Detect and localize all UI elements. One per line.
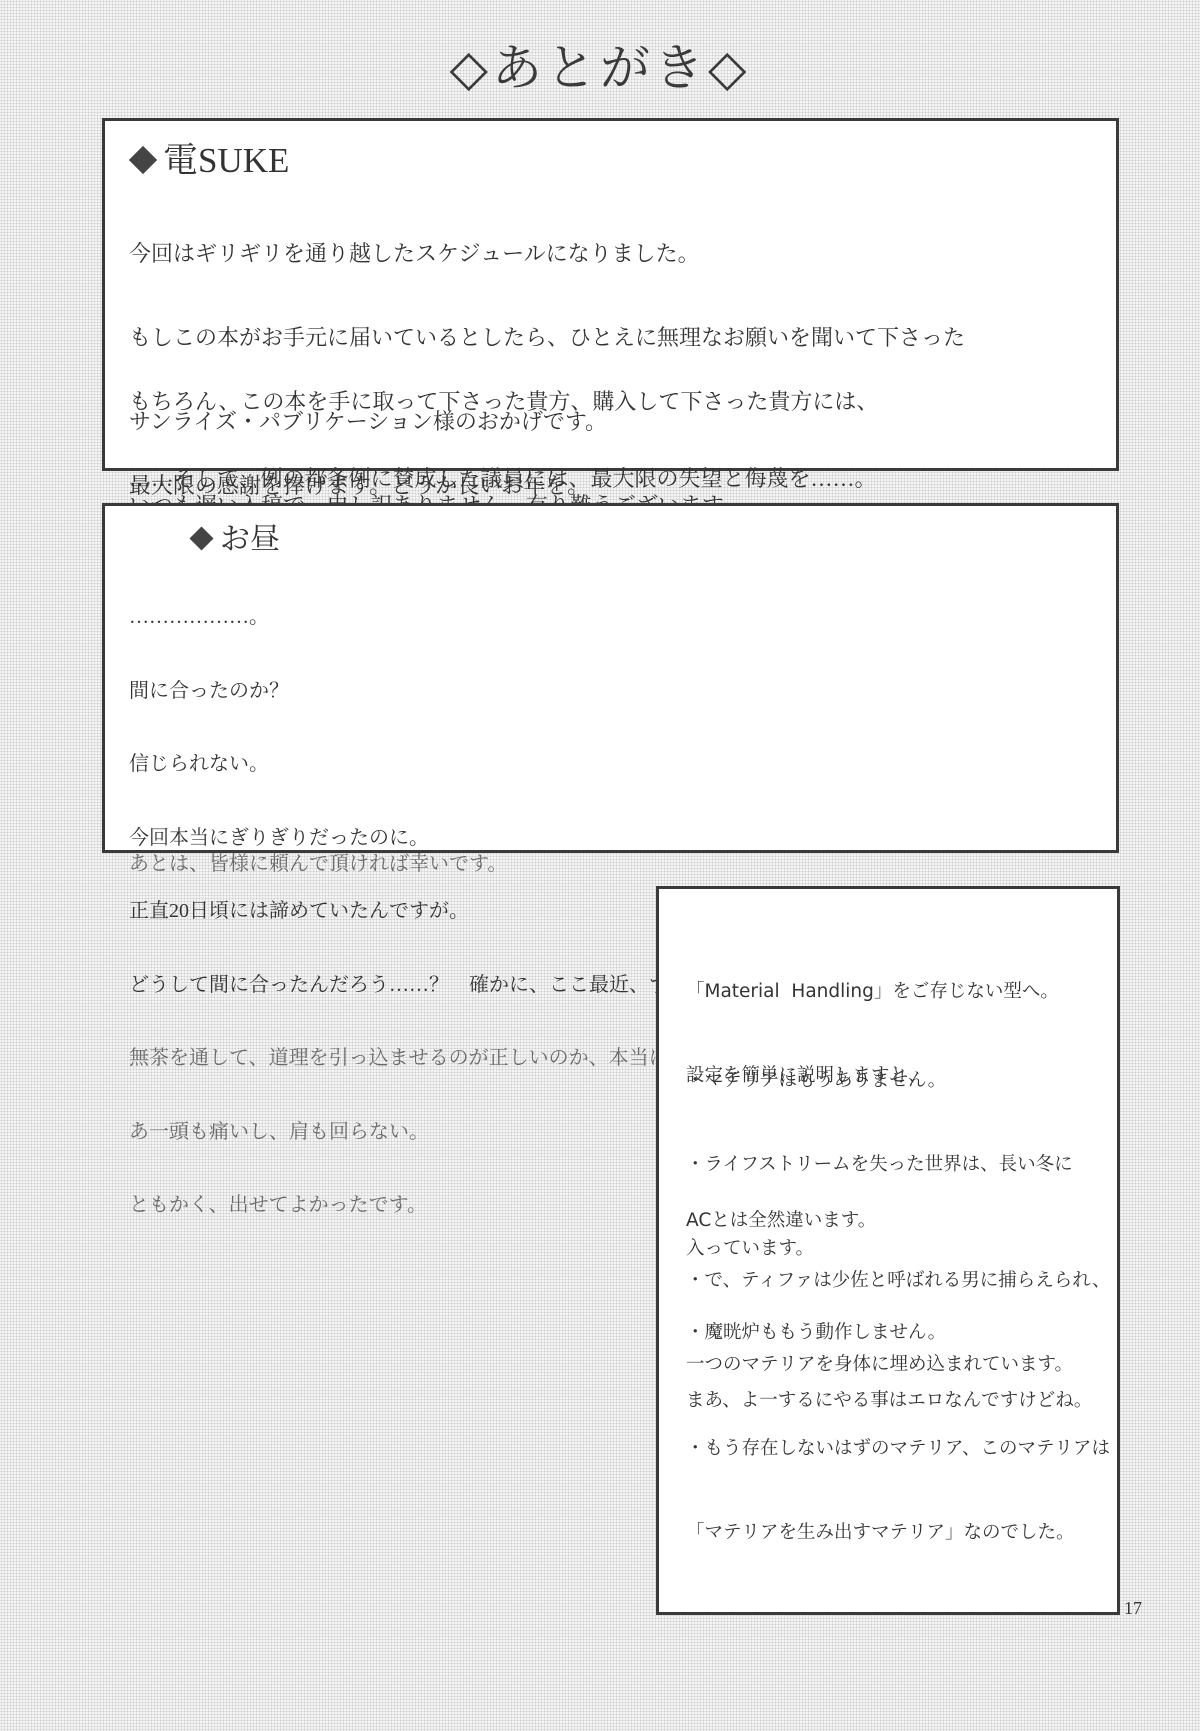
text-line: 今回はギリギリを通り越したスケジュールになりました。 (129, 240, 965, 268)
diamond-bullet-icon (129, 146, 157, 174)
text-line: ……そして、例の都条例に賛成した議員には、最大限の失望と侮蔑を……。 (129, 465, 877, 493)
paragraph: まあ、よ一するにやる事はエロなんですけどね。 (686, 1331, 1092, 1471)
section-heading: お昼 (193, 514, 280, 558)
paragraph: あとは、皆様に頼んで頂ければ幸いです。 (129, 803, 507, 926)
text-line: まあ、よ一するにやる事はエロなんですけどね。 (686, 1387, 1092, 1415)
author-name: 電SUKE (163, 141, 289, 180)
author-name: お昼 (220, 523, 280, 556)
diamond-bullet-icon (189, 526, 213, 550)
afterword-box-densuke: 電SUKE 今回はギリギリを通り越したスケジュールになりました。 もしこの本がお… (102, 118, 1119, 471)
text-line: 間に合ったのか？ (129, 679, 938, 704)
text-line: ・で、ティファは少佐と呼ばれる男に捕らえられ、 (686, 1267, 1110, 1295)
text-line: 「Material Handling」をご存じない型へ。 (686, 978, 1059, 1006)
afterword-box-ohiru: お昼 ………………。 間に合ったのか？ 信じられない。 今回本当にぎりぎりだった… (102, 503, 1119, 853)
text-line: 「マテリアを生み出すマテリア」なのでした。 (686, 1519, 1110, 1547)
section-heading: 電SUKE (133, 133, 289, 183)
text-line: ・マテリアはもうありません。 (686, 1067, 1073, 1095)
setting-notes-box: 「Material Handling」をご存じない型へ。 設定を簡単に説明します… (656, 886, 1120, 1615)
page-number: 17 (1124, 1598, 1142, 1619)
page-title: ◇あとがき◇ (0, 28, 1200, 100)
text-line: 信じられない。 (129, 752, 938, 777)
text-line: ………………。 (129, 605, 938, 630)
text-line: あとは、皆様に頼んで頂ければ幸いです。 (129, 852, 507, 877)
